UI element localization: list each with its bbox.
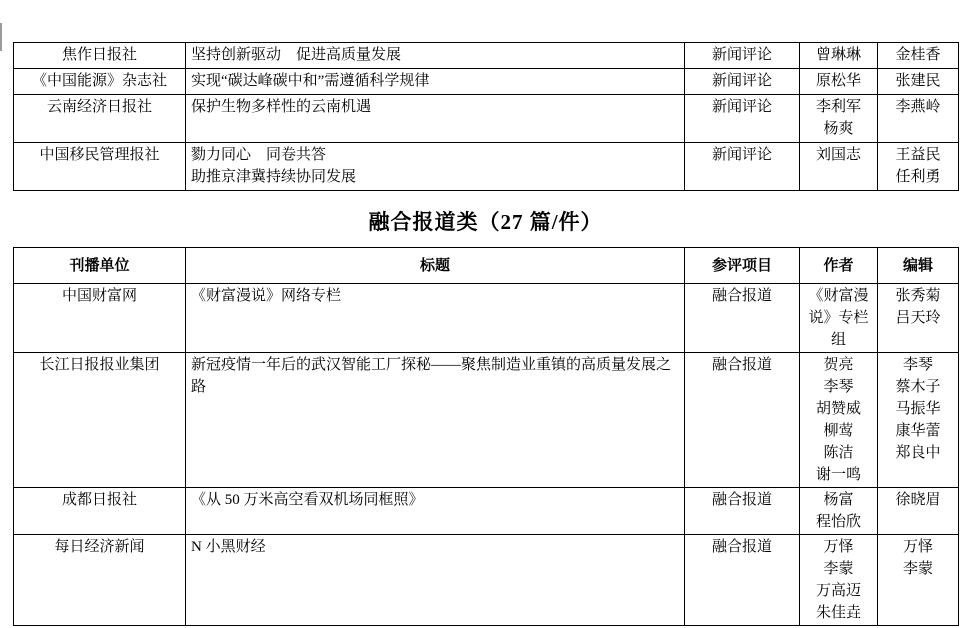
cell-editors: 张建民 <box>878 69 959 95</box>
cell-category: 融合报道 <box>685 353 800 488</box>
cell-authors: 原松华 <box>800 69 878 95</box>
news-commentary-table: 焦作日报社 坚持创新驱动 促进高质量发展 新闻评论 曾琳琳 金桂香 《中国能源》… <box>13 42 959 191</box>
table-header-row: 刊播单位 标题 参评项目 作者 编辑 <box>14 248 959 284</box>
cell-unit: 中国移民管理报社 <box>14 143 186 191</box>
cell-unit: 每日经济新闻 <box>14 535 186 626</box>
cell-category: 新闻评论 <box>685 69 800 95</box>
cell-authors: 李利军 杨爽 <box>800 95 878 143</box>
header-unit: 刊播单位 <box>14 248 186 284</box>
table-row: 每日经济新闻 N 小黑财经 融合报道 万怿 李蒙 万高迈 朱佳垚 万怿 李蒙 <box>14 535 959 626</box>
cell-category: 融合报道 <box>685 535 800 626</box>
cell-authors: 刘国志 <box>800 143 878 191</box>
cell-unit: 长江日报报业集团 <box>14 353 186 488</box>
cell-editors: 徐晓眉 <box>878 488 959 535</box>
header-editor: 编辑 <box>878 248 959 284</box>
header-title: 标题 <box>186 248 685 284</box>
table-row: 云南经济日报社 保护生物多样性的云南机遇 新闻评论 李利军 杨爽 李燕岭 <box>14 95 959 143</box>
cell-authors: 曾琳琳 <box>800 43 878 69</box>
cell-category: 融合报道 <box>685 284 800 353</box>
page-edge-artifact <box>0 23 2 51</box>
section-title: 融合报道类（27 篇/件） <box>13 202 958 242</box>
cell-unit: 中国财富网 <box>14 284 186 353</box>
table-row: 长江日报报业集团 新冠疫情一年后的武汉智能工厂探秘——聚焦制造业重镇的高质量发展… <box>14 353 959 488</box>
cell-title: 保护生物多样性的云南机遇 <box>186 95 685 143</box>
cell-title: 《从 50 万米高空看双机场同框照》 <box>186 488 685 535</box>
table-row: 成都日报社 《从 50 万米高空看双机场同框照》 融合报道 杨富 程怡欣 徐晓眉 <box>14 488 959 535</box>
table-row: 中国移民管理报社 勠力同心 同卷共答 助推京津冀持续协同发展 新闻评论 刘国志 … <box>14 143 959 191</box>
cell-editors: 王益民 任利勇 <box>878 143 959 191</box>
cell-title: 新冠疫情一年后的武汉智能工厂探秘——聚焦制造业重镇的高质量发展之路 <box>186 353 685 488</box>
cell-title: N 小黑财经 <box>186 535 685 626</box>
cell-title: 《财富漫说》网络专栏 <box>186 284 685 353</box>
cell-authors: 《财富漫说》专栏组 <box>800 284 878 353</box>
cell-editors: 李燕岭 <box>878 95 959 143</box>
cell-category: 新闻评论 <box>685 95 800 143</box>
cell-title: 勠力同心 同卷共答 助推京津冀持续协同发展 <box>186 143 685 191</box>
document-page: 焦作日报社 坚持创新驱动 促进高质量发展 新闻评论 曾琳琳 金桂香 《中国能源》… <box>0 0 967 628</box>
cell-category: 融合报道 <box>685 488 800 535</box>
cell-title: 实现“碳达峰碳中和”需遵循科学规律 <box>186 69 685 95</box>
integrated-report-table: 刊播单位 标题 参评项目 作者 编辑 中国财富网 《财富漫说》网络专栏 融合报道… <box>13 247 959 626</box>
cell-category: 新闻评论 <box>685 143 800 191</box>
table-row: 《中国能源》杂志社 实现“碳达峰碳中和”需遵循科学规律 新闻评论 原松华 张建民 <box>14 69 959 95</box>
cell-editors: 万怿 李蒙 <box>878 535 959 626</box>
table-row: 焦作日报社 坚持创新驱动 促进高质量发展 新闻评论 曾琳琳 金桂香 <box>14 43 959 69</box>
cell-authors: 杨富 程怡欣 <box>800 488 878 535</box>
cell-editors: 李琴 蔡木子 马振华 康华蕾 郑良中 <box>878 353 959 488</box>
cell-unit: 《中国能源》杂志社 <box>14 69 186 95</box>
cell-unit: 成都日报社 <box>14 488 186 535</box>
cell-editors: 张秀菊 吕天玲 <box>878 284 959 353</box>
header-category: 参评项目 <box>685 248 800 284</box>
cell-authors: 万怿 李蒙 万高迈 朱佳垚 <box>800 535 878 626</box>
table-row: 中国财富网 《财富漫说》网络专栏 融合报道 《财富漫说》专栏组 张秀菊 吕天玲 <box>14 284 959 353</box>
cell-authors: 贺亮 李琴 胡赞威 柳莺 陈洁 谢一鸣 <box>800 353 878 488</box>
cell-unit: 云南经济日报社 <box>14 95 186 143</box>
cell-category: 新闻评论 <box>685 43 800 69</box>
header-author: 作者 <box>800 248 878 284</box>
cell-unit: 焦作日报社 <box>14 43 186 69</box>
cell-editors: 金桂香 <box>878 43 959 69</box>
cell-title: 坚持创新驱动 促进高质量发展 <box>186 43 685 69</box>
